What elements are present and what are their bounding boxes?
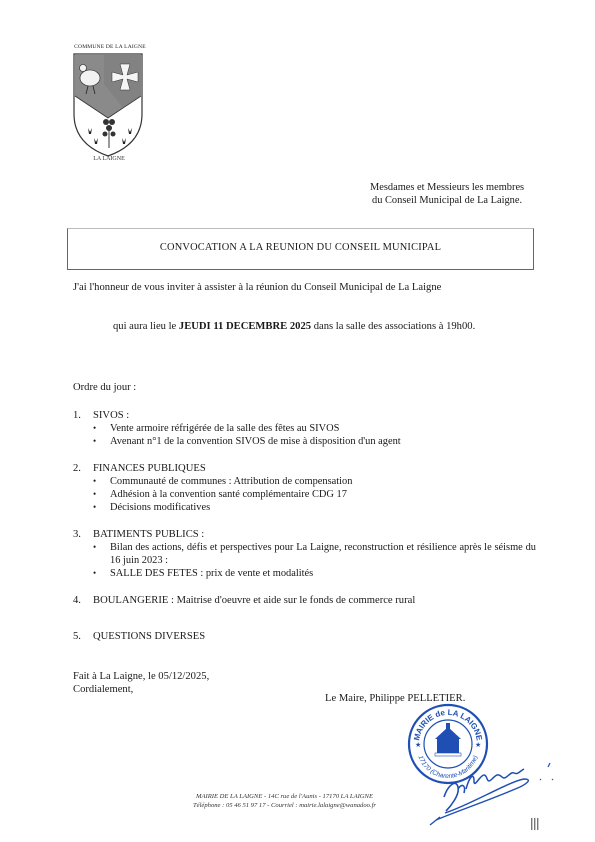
bullet-icon: •: [93, 435, 96, 448]
list-item: •Décisions modificatives: [110, 501, 352, 514]
regards: Cordialement,: [73, 683, 133, 696]
agenda-section-1-items: •Vente armoire réfrigérée de la salle de…: [110, 422, 401, 448]
bullet-icon: •: [93, 501, 96, 514]
item-text: Avenant n°1 de la convention SIVOS de mi…: [110, 436, 401, 447]
meeting-prefix: qui aura lieu le: [113, 321, 179, 332]
bullet-icon: •: [93, 567, 96, 580]
agenda-section-2: 2.FINANCES PUBLIQUES: [73, 462, 206, 475]
addressee-line-2: du Conseil Municipal de La Laigne.: [370, 194, 524, 207]
meeting-suffix: dans la salle des associations à 19h00.: [311, 321, 475, 332]
agenda-section-2-items: •Communauté de communes : Attribution de…: [110, 475, 352, 514]
list-item: •Avenant n°1 de la convention SIVOS de m…: [110, 435, 401, 448]
bullet-icon: •: [93, 475, 96, 488]
document-title: CONVOCATION A LA REUNION DU CONSEIL MUNI…: [68, 242, 533, 253]
footer-contact: Téléphone : 05 46 51 97 17 - Courriel : …: [193, 801, 376, 810]
section-number: 5.: [73, 630, 93, 643]
agenda-section-3-items: •Bilan des actions, défis et perspective…: [110, 541, 536, 580]
section-title: BOULANGERIE : Maitrise d'oeuvre et aide …: [93, 595, 415, 606]
agenda-section-4: 4.BOULANGERIE : Maitrise d'oeuvre et aid…: [73, 594, 415, 607]
item-text: Communauté de communes : Attribution de …: [110, 476, 352, 487]
item-text: Bilan des actions, défis et perspectives…: [110, 542, 536, 566]
section-number: 4.: [73, 594, 93, 607]
coat-of-arms: [68, 44, 148, 164]
bullet-icon: •: [93, 488, 96, 501]
agenda-label: Ordre du jour :: [73, 381, 136, 394]
place-and-date: Fait à La Laigne, le 05/12/2025,: [73, 670, 209, 683]
letterhead-footer: MAIRIE DE LA LAIGNE - 14C rue de l'Aunis…: [193, 792, 376, 810]
list-item: •Bilan des actions, défis et perspective…: [110, 541, 536, 567]
scan-mark-icon: [530, 818, 540, 830]
list-item: •SALLE DES FETES : prix de vente et moda…: [110, 567, 536, 580]
section-title: FINANCES PUBLIQUES: [93, 463, 206, 474]
item-text: Décisions modificatives: [110, 502, 210, 513]
footer-address: MAIRIE DE LA LAIGNE - 14C rue de l'Aunis…: [193, 792, 376, 801]
item-text: SALLE DES FETES : prix de vente et modal…: [110, 568, 313, 579]
agenda-section-5: 5.QUESTIONS DIVERSES: [73, 630, 205, 643]
crest-banner: LA LAIGNE: [70, 154, 148, 164]
agenda-section-1: 1.SIVOS :: [73, 409, 129, 422]
title-box: CONVOCATION A LA REUNION DU CONSEIL MUNI…: [67, 228, 534, 270]
intro-text: J'ai l'honneur de vous inviter à assiste…: [73, 281, 441, 294]
section-number: 3.: [73, 528, 93, 541]
addressee: Mesdames et Messieurs les membres du Con…: [370, 181, 524, 207]
meeting-details: qui aura lieu le JEUDI 11 DECEMBRE 2025 …: [113, 320, 475, 333]
section-title: SIVOS :: [93, 410, 129, 421]
section-number: 1.: [73, 409, 93, 422]
item-text: Vente armoire réfrigérée de la salle des…: [110, 423, 339, 434]
agenda-section-3: 3.BATIMENTS PUBLICS :: [73, 528, 204, 541]
bullet-icon: •: [93, 422, 96, 435]
list-item: •Communauté de communes : Attribution de…: [110, 475, 352, 488]
list-item: •Adhésion à la convention santé compléme…: [110, 488, 352, 501]
addressee-line-1: Mesdames et Messieurs les membres: [370, 181, 524, 194]
section-number: 2.: [73, 462, 93, 475]
meeting-date: JEUDI 11 DECEMBRE 2025: [179, 321, 311, 332]
list-item: •Vente armoire réfrigérée de la salle de…: [110, 422, 401, 435]
item-text: Adhésion à la convention santé complémen…: [110, 489, 347, 500]
section-title: QUESTIONS DIVERSES: [93, 631, 205, 642]
section-title: BATIMENTS PUBLICS :: [93, 529, 204, 540]
bullet-icon: •: [93, 541, 96, 554]
